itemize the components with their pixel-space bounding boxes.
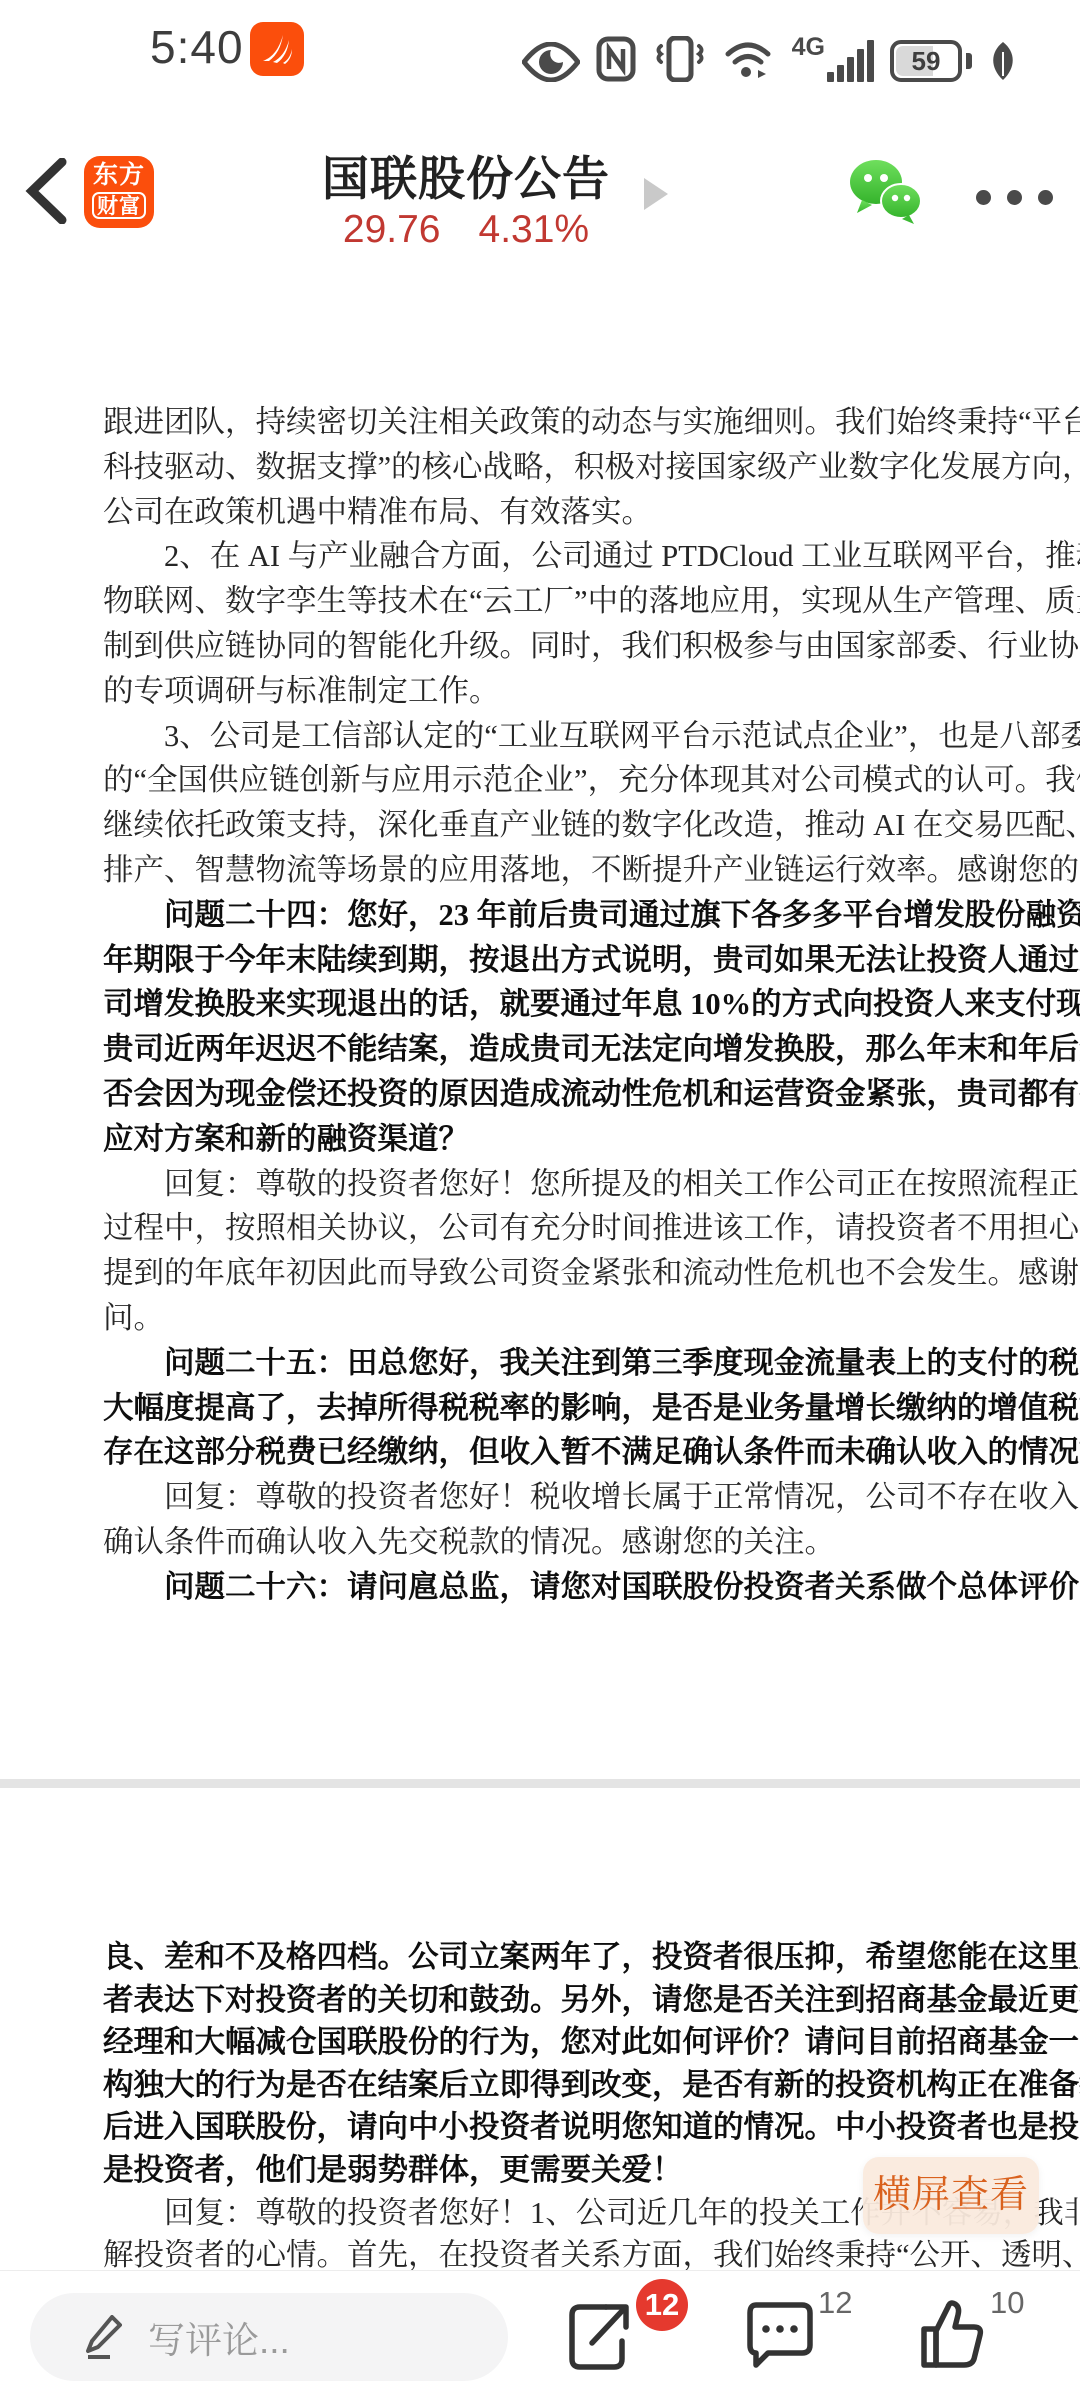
vibrate-icon [652, 36, 708, 82]
play-triangle-icon[interactable] [644, 178, 668, 210]
document-text-line: 回复：尊敬的投资者您好！1、公司近几年的投关工作并不容易，我非常理 [103, 2192, 980, 2235]
eye-protection-icon [522, 42, 580, 82]
comment-placeholder: 写评论... [148, 2310, 290, 2364]
status-bar: 5:40 [0, 0, 1080, 92]
document-text-line: 否会因为现金偿还投资的原因造成流动性危机和运营资金紧张，贵司都有什么 [103, 1072, 980, 1117]
like-count: 10 [990, 2285, 1024, 2321]
document-text-line: 后进入国联股份，请向中小投资者说明您知道的情况。中小投资者也是投资者也 [103, 2106, 980, 2149]
document-text-line: 者表达下对投资者的关切和鼓劲。另外，请您是否关注到招商基金最近更换基金 [103, 1979, 980, 2022]
eastmoney-app-badge-icon [250, 22, 304, 76]
document-text-line: 公司在政策机遇中精准布局、有效落实。 [103, 490, 980, 535]
document-text-line: 经理和大幅减仓国联股份的行为，您对此如何评价？请问目前招商基金一家机 [103, 2021, 980, 2064]
comment-input[interactable]: 写评论... [30, 2293, 508, 2381]
document-text-line: 物联网、数字孪生等技术在“云工厂”中的落地应用，实现从生产管理、质量控 [103, 579, 980, 624]
more-menu-button[interactable] [976, 190, 1053, 205]
document-text-line: 2、在 AI 与产业融合方面，公司通过 PTDCloud 工业互联网平台，推动 … [103, 534, 980, 579]
document-text-line: 应对方案和新的融资渠道？ [103, 1117, 980, 1162]
document-text-line: 问题二十六：请问扈总监，请您对国联股份投资者关系做个总体评价，优、 [103, 1565, 980, 1610]
page-divider [0, 1779, 1080, 1788]
document-text-line: 跟进团队，持续密切关注相关政策的动态与实施细则。我们始终秉持“平台服务、 [103, 400, 980, 445]
document-text-line: 继续依托政策支持，深化垂直产业链的数字化改造，推动 AI 在交易匹配、智能 [103, 803, 980, 848]
landscape-view-button[interactable]: 横屏查看 [863, 2157, 1039, 2234]
document-text-line: 制到供应链协同的智能化升级。同时，我们积极参与由国家部委、行业协会牵头 [103, 624, 980, 669]
back-button[interactable] [24, 158, 68, 224]
document-text-line: 回复：尊敬的投资者您好！税收增长属于正常情况，公司不存在收入不满足 [103, 1475, 980, 1520]
document-text-line: 存在这部分税费已经缴纳，但收入暂不满足确认条件而未确认收入的情况？ [103, 1430, 980, 1475]
document-text-line: 回复：尊敬的投资者您好！您所提及的相关工作公司正在按照流程正常推进 [103, 1162, 980, 1207]
bottom-toolbar: 写评论... 12 12 10 [0, 2270, 1080, 2400]
document-text-line: 司增发换股来实现退出的话，就要通过年息 10%的方式向投资人来支付现金退出， [103, 982, 980, 1027]
document-text-line: 问题二十五：田总您好，我关注到第三季度现金流量表上的支付的税费同比 [103, 1341, 980, 1386]
eastmoney-logo: 东方 财富 [84, 156, 154, 228]
stock-change-percent: 4.31% [479, 208, 590, 251]
document-text-line: 贵司近两年迟迟不能结案，造成贵司无法定向增发换股，那么年末和年后贵司是 [103, 1027, 980, 1072]
document-text-line: 问。 [103, 1296, 980, 1341]
app-screen: 5:40 [0, 0, 1080, 2400]
power-saving-leaf-icon [988, 40, 1018, 82]
status-icons: 4G 59 [522, 30, 1018, 82]
4g-signal-icon: 4G [792, 40, 874, 82]
clock-time: 5:40 [150, 20, 244, 74]
document-text-line: 3、公司是工信部认定的“工业互联网平台示范试点企业”，也是八部委认定 [103, 714, 980, 759]
like-button[interactable] [916, 2299, 986, 2373]
share-button[interactable] [566, 2299, 634, 2373]
document-text-line: 提到的年底年初因此而导致公司资金紧张和流动性危机也不会发生。感谢您的提 [103, 1251, 980, 1296]
document-text-line: 过程中，按照相关协议，公司有充分时间推进该工作，请投资者不用担心。您所 [103, 1206, 980, 1251]
document-text-line: 排产、智慧物流等场景的应用落地，不断提升产业链运行效率。感谢您的关注。 [103, 848, 980, 893]
document-text-line: 的“全国供应链创新与应用示范企业”，充分体现其对公司模式的认可。我们将 [103, 758, 980, 803]
document-text-line: 年期限于今年末陆续到期，按退出方式说明，贵司如果无法让投资人通过上市公 [103, 938, 980, 983]
document-text-line: 问题二十四：您好，23 年前后贵司通过旗下各多多平台增发股份融资的 2 [103, 893, 980, 938]
comment-button[interactable] [744, 2299, 814, 2373]
wechat-share-icon[interactable] [846, 158, 924, 224]
document-text-line: 是投资者，他们是弱势群体，更需要关爱！ [103, 2149, 980, 2192]
stock-price: 29.76 [343, 208, 441, 251]
battery-icon: 59 [890, 40, 962, 82]
document-text-line: 良、差和不及格四档。公司立案两年了，投资者很压抑，希望您能在这里对投资 [103, 1936, 980, 1979]
battery-percent: 59 [894, 46, 958, 77]
page-title: 国联股份公告 [322, 152, 610, 205]
pencil-icon [84, 2315, 122, 2359]
header: 东方 财富 国联股份公告 29.764.31% [0, 92, 1080, 260]
document-text-line: 确认条件而确认收入先交税款的情况。感谢您的关注。 [103, 1520, 980, 1565]
nfc-icon [596, 36, 636, 82]
document-page-1: 跟进团队，持续密切关注相关政策的动态与实施细则。我们始终秉持“平台服务、科技驱动… [0, 258, 1080, 1779]
document-text-line: 的专项调研与标准制定工作。 [103, 669, 980, 714]
document-text-line: 大幅度提高了，去掉所得税税率的影响，是否是业务量增长缴纳的增值税？是否 [103, 1386, 980, 1431]
document-text-line: 构独大的行为是否在结案后立即得到改变，是否有新的投资机构正在准备结案 [103, 2064, 980, 2107]
stock-quote[interactable]: 29.764.31% [343, 208, 589, 252]
wifi-icon [724, 38, 776, 82]
logo-text-top: 东方 [84, 163, 154, 188]
logo-text-bottom: 财富 [92, 192, 146, 219]
share-badge: 12 [636, 2279, 688, 2331]
document-text-line: 科技驱动、数据支撑”的核心战略，积极对接国家级产业数字化发展方向，确保 [103, 445, 980, 490]
comment-count: 12 [818, 2285, 852, 2321]
